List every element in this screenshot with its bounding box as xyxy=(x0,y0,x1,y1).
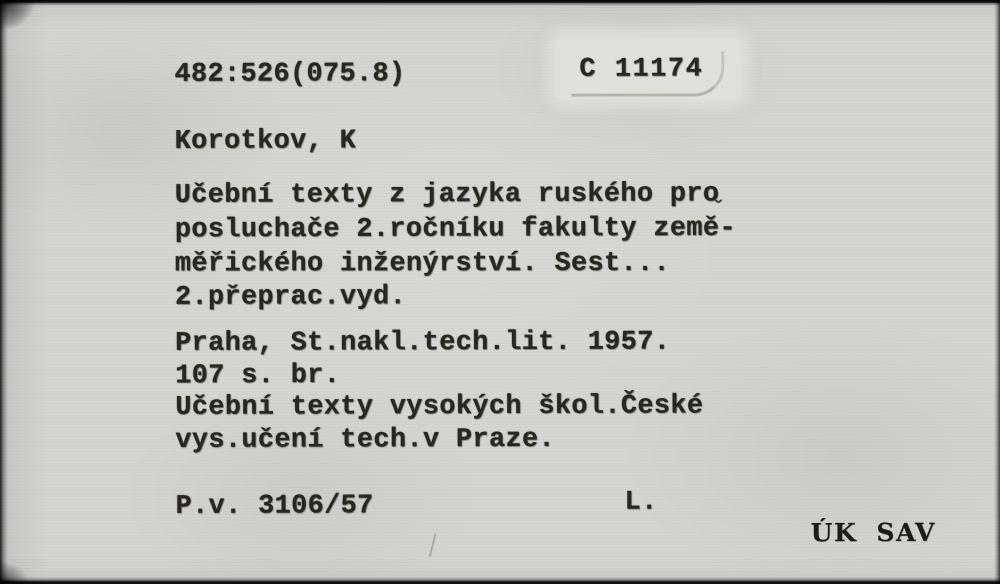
pencil-mark xyxy=(429,533,437,557)
accession-number: P.v. 3106/57 xyxy=(176,491,374,522)
cataloguer-initial: L. xyxy=(625,488,658,518)
classification-number: 482:526(075.8) xyxy=(174,59,405,90)
title-line: 2.přeprac.vyd. xyxy=(175,280,736,315)
title-line: měřického inženýrství. Sest... xyxy=(175,248,736,282)
scan-corner-top-left xyxy=(0,0,40,34)
typewritten-text-layer: 482:526(075.8) C 11174 Korotkov, K Učebn… xyxy=(0,0,1000,584)
imprint-line: 107 s. br. xyxy=(175,360,703,393)
scan-edge-left xyxy=(0,0,8,584)
author-heading: Korotkov, K xyxy=(175,126,357,156)
title-line: Učební texty z jazyka ruského pro xyxy=(175,178,736,213)
scan-edge-bottom xyxy=(0,577,1000,584)
stray-typed-caron-mark: ˇ xyxy=(712,197,726,222)
imprint-statement: Praha, St.nakl.tech.lit. 1957. 107 s. br… xyxy=(175,327,703,456)
imprint-line: vys.učení tech.v Praze. xyxy=(175,424,703,457)
library-stamp: ÚK SAV xyxy=(811,518,936,547)
scan-edge-right xyxy=(994,0,1000,584)
title-line: posluchače 2.ročníku fakulty země- xyxy=(175,213,736,248)
imprint-line: Praha, St.nakl.tech.lit. 1957. xyxy=(175,327,703,360)
scan-edge-top xyxy=(0,0,1000,6)
shelfmark: C 11174 xyxy=(579,54,703,84)
scan-corner-bottom-left xyxy=(0,558,36,584)
imprint-line: Učební texty vysokých škol.České xyxy=(175,391,703,424)
scanned-catalog-card: 482:526(075.8) C 11174 Korotkov, K Učebn… xyxy=(0,0,1000,584)
title-statement: Učební texty z jazyka ruského pro posluc… xyxy=(175,178,736,315)
